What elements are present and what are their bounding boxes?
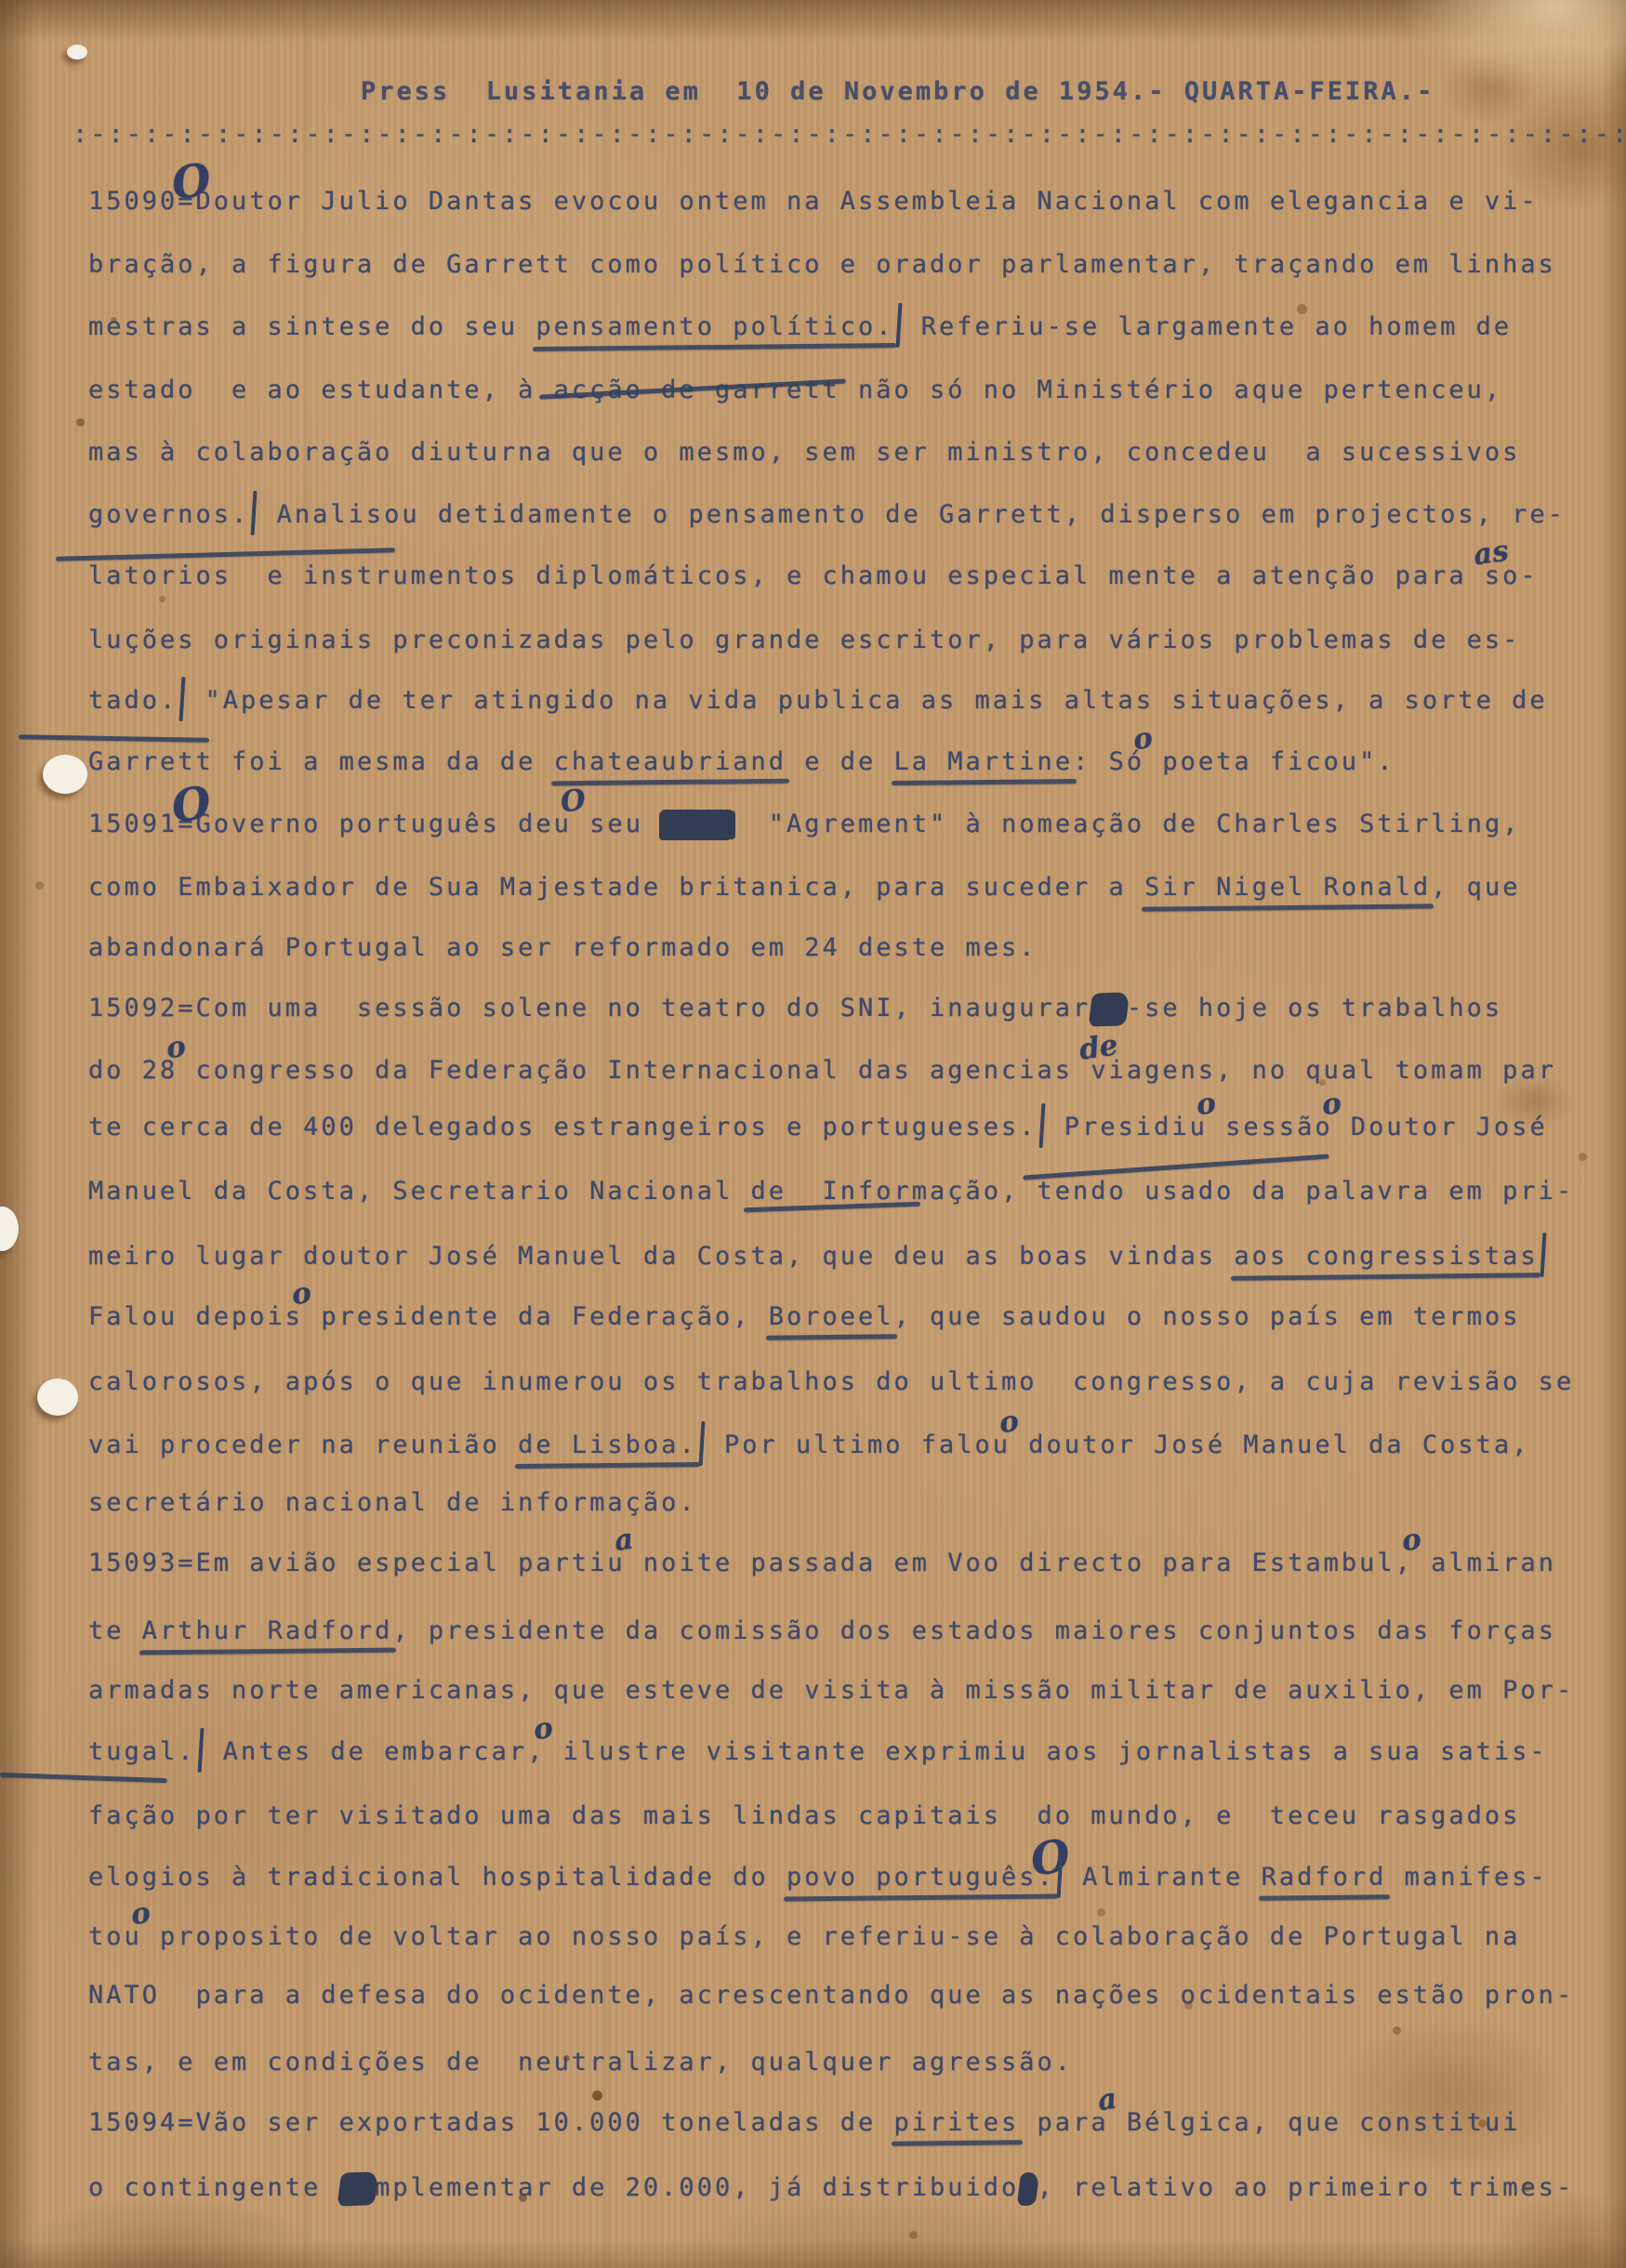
typed-line: NATO para a defesa do ocidente, acrescen… bbox=[88, 1980, 1574, 2011]
underlined-phrase: pensamento político. bbox=[535, 312, 893, 341]
underlined-phrase: La Martine bbox=[894, 747, 1074, 776]
typed-line: o contingente Complementar de 20.000, já… bbox=[88, 2172, 1574, 2204]
typed-line: fação por ter visitado uma das mais lind… bbox=[88, 1800, 1520, 1832]
typed-line: meiro lugar doutor José Manuel da Costa,… bbox=[88, 1241, 1548, 1272]
document-title: Press Lusitania em 10 de Novembro de 195… bbox=[361, 76, 1434, 108]
typed-line: elogios à tradicional hospitalidade do p… bbox=[88, 1862, 1548, 1893]
underlined-phrase: pirites bbox=[894, 2108, 1020, 2137]
underlined-phrase: aos congressistas bbox=[1234, 1242, 1538, 1271]
typed-line: do 28o congresso da Federação Internacio… bbox=[88, 1055, 1556, 1087]
typed-line: touo proposito de voltar ao nosso país, … bbox=[88, 1921, 1520, 1953]
typed-line: tado. "Apesar de ter atingido na vida pu… bbox=[88, 685, 1548, 717]
typed-line: tas, e em condições de neutralizar, qual… bbox=[88, 2047, 1073, 2078]
scribbled-correction: Co bbox=[337, 2171, 377, 2204]
typed-line: 15090=ODoutor Julio Dantas evocou ontem … bbox=[88, 186, 1539, 218]
underlined-phrase: Radford bbox=[1262, 1863, 1387, 1892]
underlined-phrase: Sir Nigel Ronald bbox=[1144, 873, 1431, 902]
typed-line: tugal. Antes de embarcar,o ilustre visit… bbox=[88, 1736, 1548, 1768]
underlined-phrase: povo português. bbox=[787, 1863, 1055, 1892]
typed-line: calorosos, após o que inumerou os trabal… bbox=[88, 1366, 1574, 1398]
typed-line: mestras a sintese do seu pensamento polí… bbox=[88, 311, 1512, 343]
typed-line: governos. Analisou detidamente o pensame… bbox=[88, 499, 1566, 531]
typed-line: secretário nacional de informação. bbox=[88, 1487, 697, 1519]
handwritten-stroke bbox=[0, 1773, 167, 1783]
underlined-phrase: Arthur Radford bbox=[142, 1616, 393, 1645]
typed-line: 15092=Com uma sessão solene no teatro do… bbox=[88, 993, 1502, 1024]
typed-line: te cerca de 400 delegados estrangeiros e… bbox=[88, 1112, 1548, 1143]
typed-line: te Arthur Radford, presidente da comissã… bbox=[88, 1615, 1556, 1647]
underlined-phrase: Boroeel bbox=[769, 1302, 894, 1331]
separator-line: :-:-:-:-:-:-:-:-:-:-:-:-:-:-:-:-:-:-:-:-… bbox=[73, 119, 1626, 151]
typed-line: 15093=Em avião especial partiua noite pa… bbox=[88, 1548, 1556, 1579]
typed-line: armadas norte americanas, que esteve de … bbox=[88, 1675, 1574, 1707]
scanned-typewritten-page: Press Lusitania em 10 de Novembro de 195… bbox=[0, 0, 1626, 2268]
typed-line: latorios e instrumentos diplomáticos, e … bbox=[88, 560, 1539, 592]
typed-line: Garrett foi a mesma da de chateaubriand … bbox=[88, 746, 1395, 778]
paper-specks bbox=[0, 0, 5, 5]
inked-out-word: xxxx bbox=[661, 810, 733, 838]
punch-hole-upper bbox=[43, 755, 87, 794]
scribbled-correction: am bbox=[1089, 992, 1129, 1024]
typed-line: como Embaixador de Sua Majestade britani… bbox=[88, 872, 1520, 903]
typed-line: vai proceder na reunião de Lisboa. Por u… bbox=[88, 1430, 1529, 1461]
punch-hole-lower bbox=[37, 1378, 78, 1416]
paper-hole-top-left bbox=[67, 45, 87, 59]
typed-line: mas à colaboração diuturna que o mesmo, … bbox=[88, 437, 1520, 468]
underlined-phrase: de Lisboa. bbox=[518, 1431, 697, 1459]
typed-line: estado e ao estudante, à acção de garret… bbox=[88, 375, 1502, 406]
typed-line: Manuel da Costa, Secretario Nacional de … bbox=[88, 1176, 1574, 1207]
scribbled-correction: s bbox=[1017, 2172, 1039, 2205]
typed-line: abandonará Portugal ao ser reformado em … bbox=[88, 932, 1038, 964]
typed-line: Falou depoiso presidente da Federação, B… bbox=[88, 1301, 1520, 1333]
typed-line: luções originais preconizadas pelo grand… bbox=[88, 625, 1520, 656]
handwritten-stroke bbox=[56, 547, 395, 561]
typed-line: bração, a figura de Garrett como polític… bbox=[88, 249, 1556, 281]
typed-line: 15091=OGoverno português deuO seu xxxx "… bbox=[88, 809, 1520, 840]
typed-line: 15094=Vão ser exportadas 10.000 tonelada… bbox=[88, 2107, 1520, 2139]
paper-hole-left-edge bbox=[0, 1207, 19, 1251]
underlined-phrase: chateaubriand bbox=[554, 747, 787, 776]
handwritten-stroke bbox=[19, 734, 209, 743]
